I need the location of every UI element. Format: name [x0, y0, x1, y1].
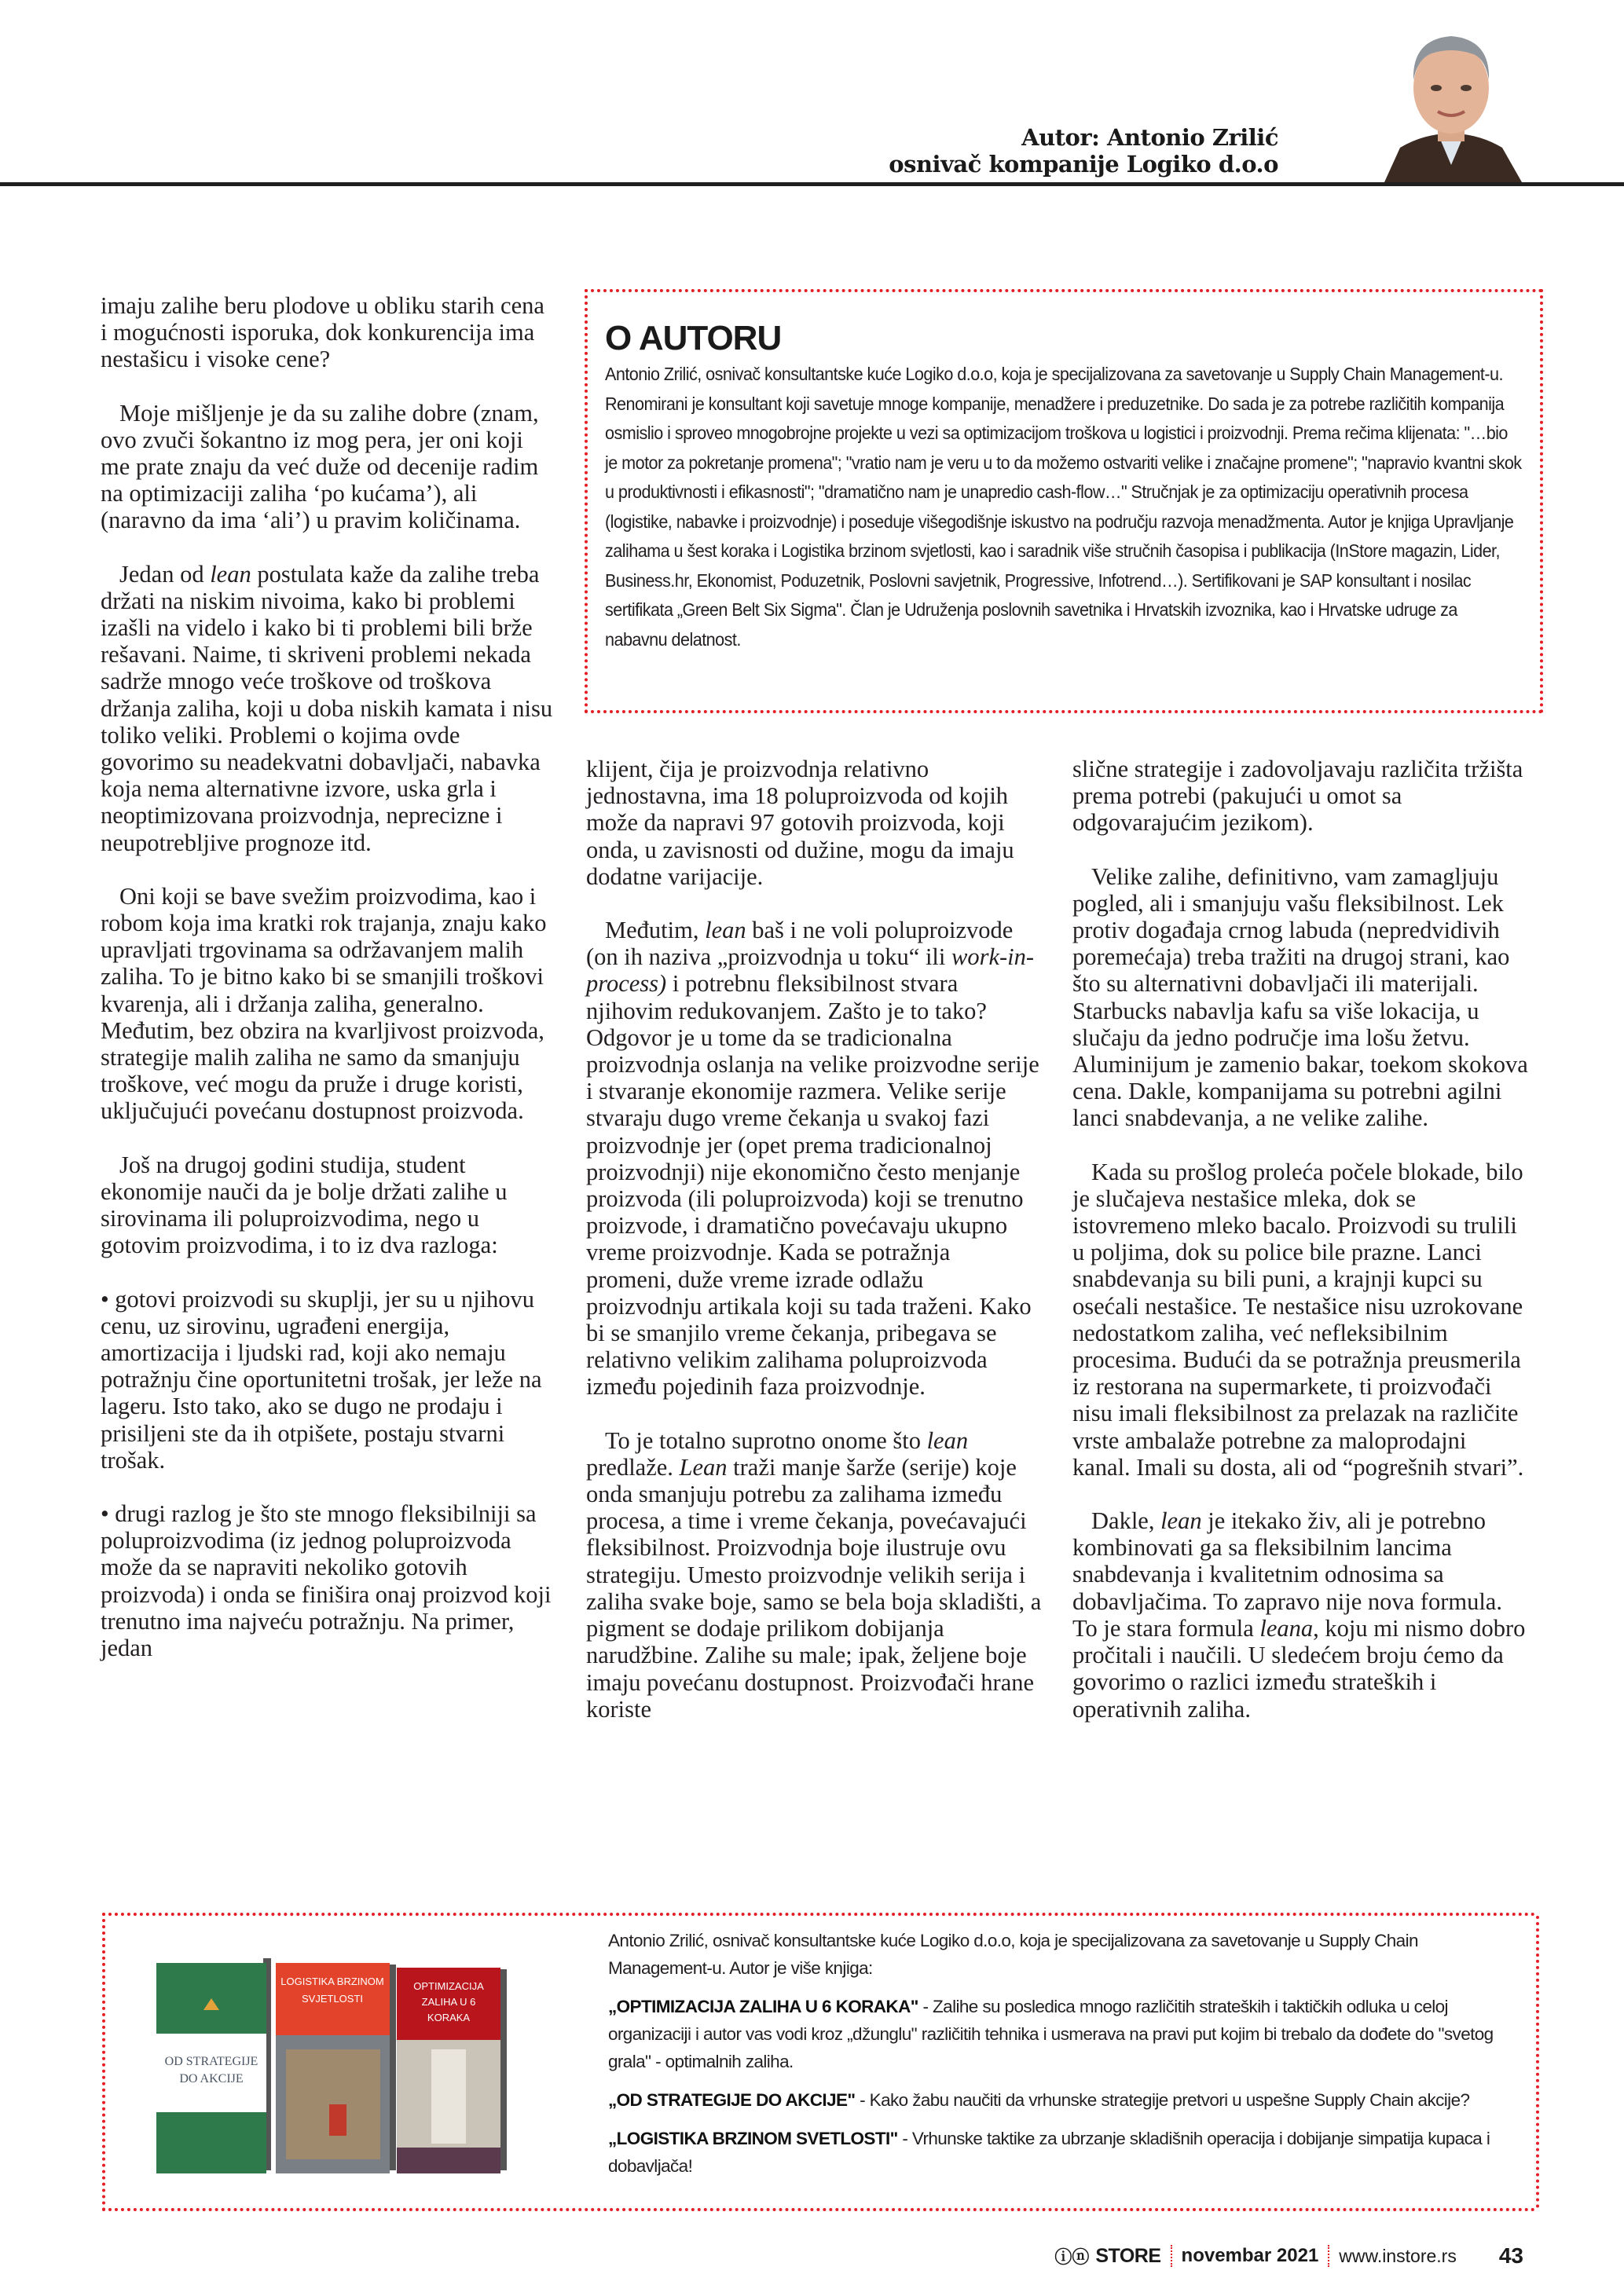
paragraph: Velike zalihe, definitivno, vam zamaglju…: [1072, 863, 1528, 1132]
author-portrait: [1377, 16, 1526, 182]
paragraph: To je totalno suprotno onome što lean pr…: [586, 1427, 1042, 1723]
book-item: „OD STRATEGIJE DO AKCIJE" - Kako žabu na…: [608, 2086, 1520, 2114]
paragraph: imaju zalihe beru plodove u obliku stari…: [101, 292, 556, 373]
article-column-1: imaju zalihe beru plodove u obliku stari…: [101, 292, 556, 1688]
footer-divider: [1171, 2245, 1172, 2267]
paragraph: klijent, čija je proizvodnja relativno j…: [586, 756, 1042, 890]
book-item: „LOGISTIKA BRZINOM SVETLOSTI" - Vrhunske…: [608, 2125, 1520, 2180]
footer-divider: [1328, 2245, 1329, 2267]
book-title: „LOGISTIKA BRZINOM SVETLOSTI": [608, 2129, 898, 2148]
svg-text:SVJETLOSTI: SVJETLOSTI: [302, 1993, 363, 2005]
book-title: „OD STRATEGIJE DO AKCIJE": [608, 2090, 855, 2110]
magazine-brand: STORE: [1095, 2245, 1160, 2268]
about-author-box: O AUTORU Antonio Zrilić, osnivač konsult…: [585, 289, 1543, 713]
svg-text:OPTIMIZACIJA: OPTIMIZACIJA: [413, 1980, 484, 1992]
book-title: „OPTIMIZACIJA ZALIHA U 6 KORAKA": [608, 1997, 918, 2016]
paragraph: Dakle, lean je itekako živ, ali je potre…: [1072, 1507, 1528, 1723]
books-description: Antonio Zrilić, osnivač konsultantske ku…: [608, 1927, 1520, 2191]
paragraph: Još na drugoj godini studija, student ek…: [101, 1152, 556, 1259]
books-box: OD STRATEGIJE DO AKCIJE LOGISTIKA BRZINO…: [102, 1913, 1536, 2211]
book-covers-image: OD STRATEGIJE DO AKCIJE LOGISTIKA BRZINO…: [148, 1947, 510, 2183]
svg-text:LOGISTIKA BRZINOM: LOGISTIKA BRZINOM: [280, 1976, 383, 1987]
bullet-item: • gotovi proizvodi su skuplji, jer su u …: [101, 1286, 556, 1474]
svg-text:ZALIHA U 6: ZALIHA U 6: [422, 1996, 476, 2008]
book-item: „OPTIMIZACIJA ZALIHA U 6 KORAKA" - Zalih…: [608, 1993, 1520, 2075]
paragraph: Kada su prošlog proleća počele blokade, …: [1072, 1159, 1528, 1481]
svg-text:DO AKCIJE: DO AKCIJE: [179, 2072, 243, 2085]
paragraph: Oni koji se bave svežim proizvodima, kao…: [101, 883, 556, 1125]
author-byline: Autor: Antonio Zrilić osnivač kompanije …: [889, 124, 1278, 178]
website-link[interactable]: www.instore.rs: [1339, 2246, 1457, 2267]
paragraph: slične strategije i zadovoljavaju različ…: [1072, 756, 1528, 837]
paragraph: Međutim, lean baš i ne voli poluproizvod…: [586, 917, 1042, 1401]
page-header: Autor: Antonio Zrilić osnivač kompanije …: [0, 0, 1624, 185]
paragraph: Jedan od lean postulata kaže da zalihe t…: [101, 561, 556, 856]
article-column-2: klijent, čija je proizvodnja relativno j…: [586, 756, 1042, 1749]
page-footer: ⓘⓝ STORE novembar 2021 www.instore.rs 43: [1054, 2243, 1523, 2269]
header-divider: [0, 182, 1624, 186]
article-column-3: slične strategije i zadovoljavaju različ…: [1072, 756, 1528, 1749]
paragraph: Moje mišljenje je da su zalihe dobre (zn…: [101, 400, 556, 534]
issue-date: novembar 2021: [1182, 2245, 1319, 2267]
bullet-item: • drugi razlog je što ste mnogo fleksibi…: [101, 1500, 556, 1661]
about-author-title: O AUTORU: [605, 319, 781, 358]
instore-logo-icon: ⓘⓝ: [1054, 2244, 1089, 2269]
svg-text:KORAKA: KORAKA: [427, 2012, 471, 2023]
author-role: osnivač kompanije Logiko d.o.o: [889, 151, 1278, 178]
author-name: Autor: Antonio Zrilić: [889, 124, 1278, 151]
page-number: 43: [1499, 2243, 1523, 2269]
svg-text:OD STRATEGIJE: OD STRATEGIJE: [165, 2055, 258, 2068]
books-intro: Antonio Zrilić, osnivač konsultantske ku…: [608, 1927, 1520, 1982]
about-author-text: Antonio Zrilić, osnivač konsultantske ku…: [605, 360, 1523, 654]
